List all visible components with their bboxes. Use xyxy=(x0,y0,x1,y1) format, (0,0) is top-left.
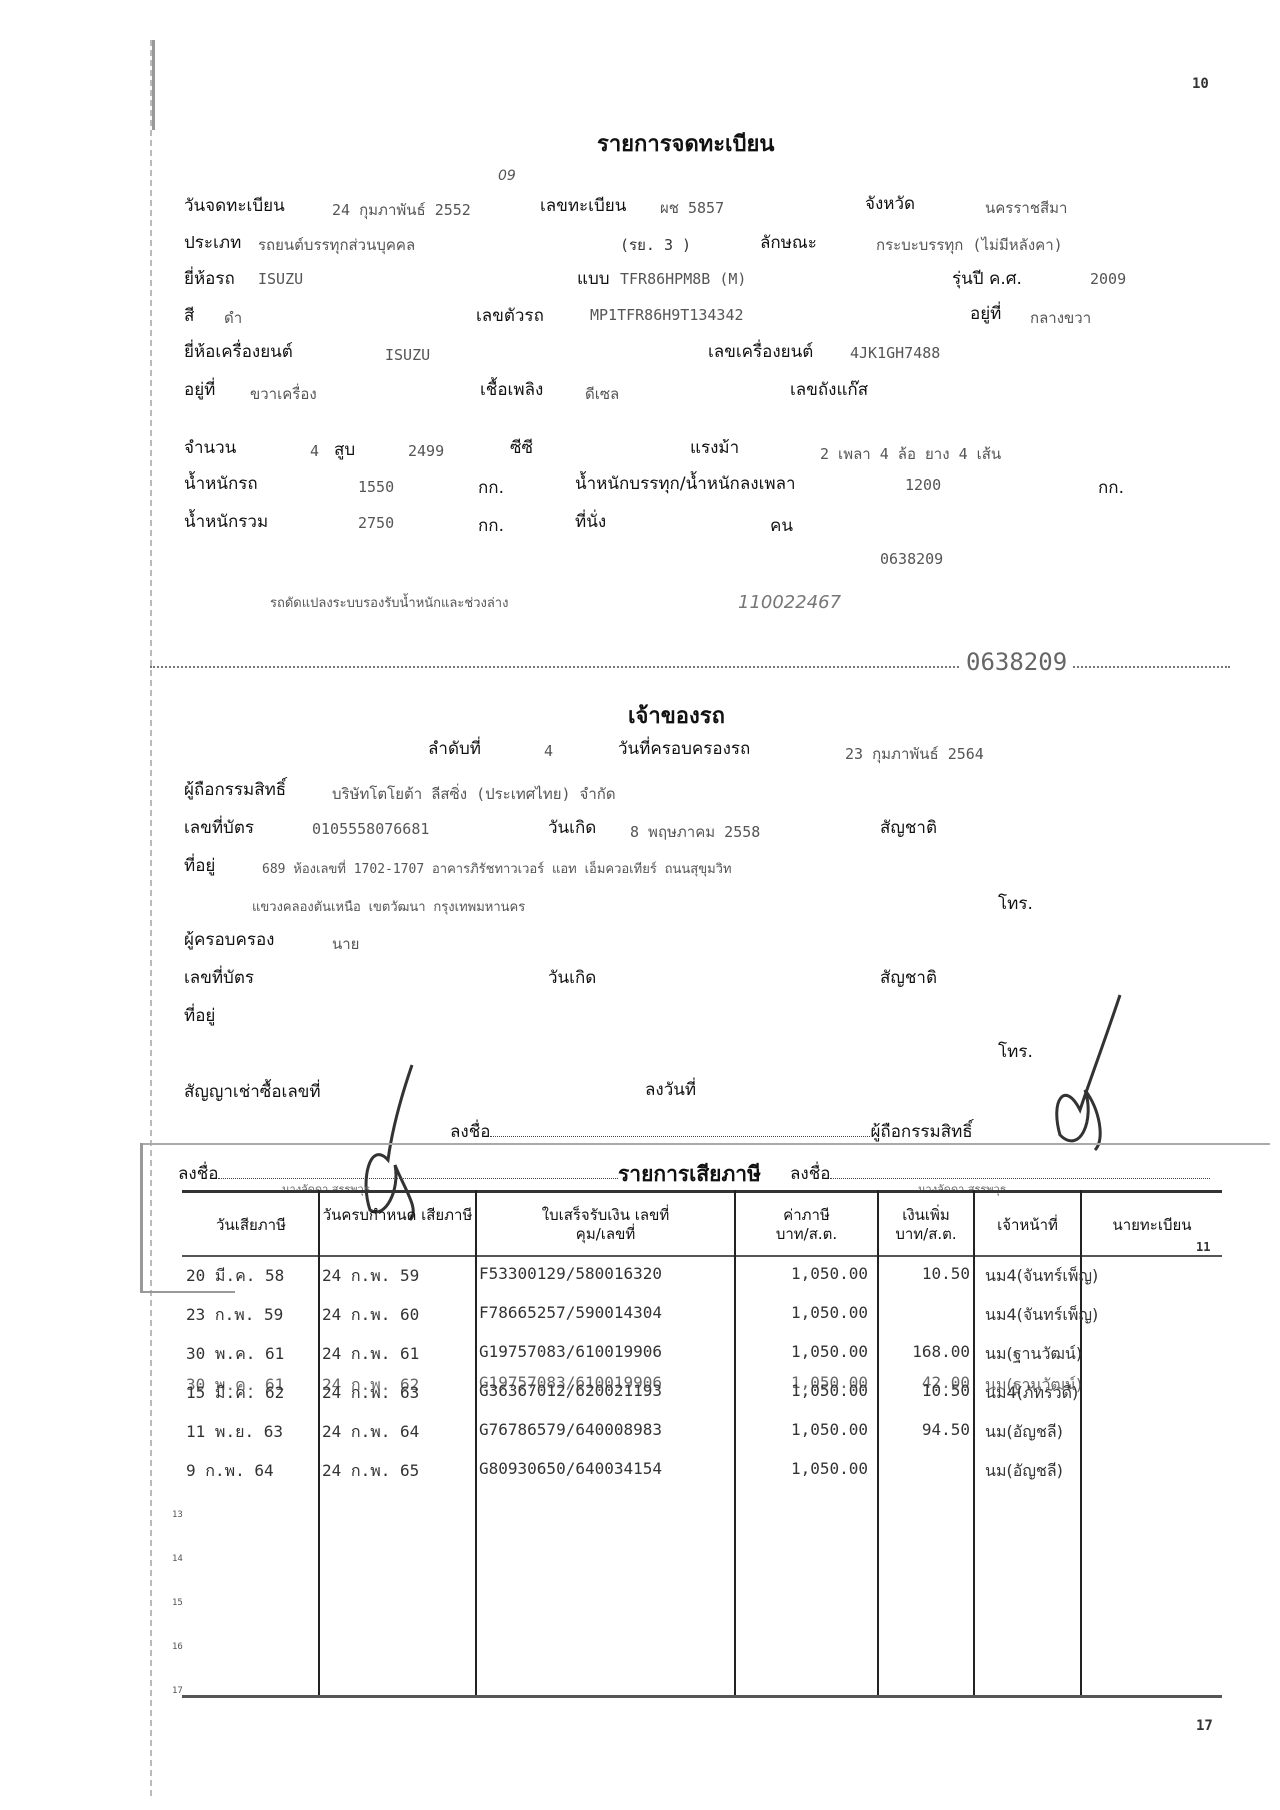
table-bottom-border xyxy=(182,1695,1222,1698)
page-number-top: 10 xyxy=(1192,76,1209,92)
owner-sign-role: ผู้ถือกรรมสิทธิ์ xyxy=(870,1122,972,1142)
holder-birth-label: วันเกิด xyxy=(548,814,596,841)
col-header-registrar: นายทะเบียน xyxy=(1082,1216,1222,1235)
tax-title: รายการเสียภาษี xyxy=(618,1158,761,1191)
table-row-surcharge: 168.00 xyxy=(880,1342,970,1361)
table-row-due: 24 ก.พ. 59 xyxy=(322,1264,472,1289)
possessor-name: นาย xyxy=(332,932,359,956)
possession-date-label: วันที่ครอบครองรถ xyxy=(618,735,750,762)
modification-number: 110022467 xyxy=(738,592,841,613)
owner-title: เจ้าของรถ xyxy=(628,698,725,733)
holder-id-label: เลขที่บัตร xyxy=(184,814,254,841)
chassis-number: MP1TFR86H9T134342 xyxy=(590,306,744,324)
table-header-border xyxy=(182,1255,1222,1257)
page-mark-11: 11 xyxy=(1196,1240,1210,1254)
table-row-officer: นม4(จันทร์เพ็ญ) xyxy=(985,1303,1185,1328)
sequence: 4 xyxy=(544,742,553,760)
table-row-officer: นม(อัญชลี) xyxy=(985,1459,1185,1484)
seats-label: ที่นั่ง xyxy=(575,508,606,535)
table-row-due: 24 ก.พ. 65 xyxy=(322,1459,472,1484)
holder-address-label: ที่อยู่ xyxy=(184,852,215,879)
cc-label: ซีซี xyxy=(510,434,533,461)
table-row-due: 24 ก.พ. 64 xyxy=(322,1420,472,1445)
col-header-paid-date: วันเสียภาษี xyxy=(184,1216,318,1235)
possessor-id-label: เลขที่บัตร xyxy=(184,964,254,991)
col-header-receipt: ใบเสร็จรับเงิน เลขที่คุม/เลขที่ xyxy=(477,1206,734,1244)
table-row-paid: 11 พ.ย. 63 xyxy=(186,1420,314,1445)
load-weight: 1200 xyxy=(905,476,941,494)
tax-signer-left: นางลัดดา สรรพวุธ xyxy=(282,1180,370,1198)
overlay-edge-left xyxy=(140,1143,143,1293)
holder-phone-label: โทร. xyxy=(998,890,1033,917)
col-header-officer: เจ้าหน้าที่ xyxy=(975,1216,1080,1235)
gross-unit: กก. xyxy=(478,512,504,539)
table-row-receipt: F53300129/580016320 xyxy=(479,1264,729,1283)
holder-name: บริษัทโตโยต้า ลีสซิ่ง (ประเทศไทย) จำกัด xyxy=(332,782,616,806)
axles: 2 เพลา 4 ล้อ ยาง 4 เส้น xyxy=(820,442,1001,466)
engine-location-label: อยู่ที่ xyxy=(184,376,215,403)
gas-tank-label: เลขถังแก๊ส xyxy=(790,376,868,403)
row-number: 14 xyxy=(172,1554,183,1564)
table-row-surcharge: 94.50 xyxy=(880,1420,970,1439)
tax-sign-left-label: ลงชื่อ xyxy=(178,1164,218,1184)
possessor-nationality-label: สัญชาติ xyxy=(880,964,937,991)
seats-unit: คน xyxy=(770,512,793,539)
serial-number: 0638209 xyxy=(880,550,943,568)
fuel-label: เชื้อเพลิง xyxy=(480,376,543,403)
overlay-edge-bottom xyxy=(140,1291,235,1293)
possession-date: 23 กุมภาพันธ์ 2564 xyxy=(845,742,984,766)
contract-date-label: ลงวันที่ xyxy=(645,1076,696,1103)
possessor-birth-label: วันเกิด xyxy=(548,964,596,991)
tax-sign-right-label: ลงชื่อ xyxy=(790,1164,830,1184)
color: ดำ xyxy=(224,306,242,330)
holder-id: 0105558076681 xyxy=(312,820,429,838)
tax-signer-right: นางลัดดา สรรพวุธ xyxy=(918,1180,1006,1198)
table-row-receipt: F78665257/590014304 xyxy=(479,1303,729,1322)
engine-number: 4JK1GH7488 xyxy=(850,344,940,362)
plate-number: ผช 5857 xyxy=(660,196,724,220)
color-label: สี xyxy=(184,302,194,329)
holder-nationality-label: สัญชาติ xyxy=(880,814,937,841)
province-label: จังหวัด xyxy=(865,190,915,217)
handwritten-note: 09 xyxy=(498,168,516,184)
vehicle-weight: 1550 xyxy=(358,478,394,496)
table-row-tax: 1,050.00 xyxy=(738,1264,868,1283)
table-top-border xyxy=(182,1190,1222,1193)
table-row-tax: 1,050.00 xyxy=(738,1342,868,1361)
col-divider xyxy=(877,1190,879,1695)
table-row-overprint-officer: นม(ฐานวัฒน์) xyxy=(985,1373,1185,1398)
table-row-overprint-due: 24 ก.พ. 62 xyxy=(322,1373,472,1398)
table-row-receipt: G19757083/610019906 xyxy=(479,1342,729,1361)
table-row-tax: 1,050.00 xyxy=(738,1459,868,1478)
engine-cc: 2499 xyxy=(408,442,444,460)
tax-sign-left: ลงชื่อ xyxy=(178,1160,618,1187)
horsepower-label: แรงม้า xyxy=(690,434,739,461)
brand-label: ยี่ห้อรถ xyxy=(184,265,235,292)
model-year-label: รุ่นปี ค.ศ. xyxy=(952,265,1022,292)
gross-weight: 2750 xyxy=(358,514,394,532)
holder-address-line2: แขวงคลองตันเหนือ เขตวัฒนา กรุงเทพมหานคร xyxy=(252,896,525,917)
holder-birth: 8 พฤษภาคม 2558 xyxy=(630,820,760,844)
row-number: 15 xyxy=(172,1598,183,1608)
fuel: ดีเซล xyxy=(585,382,619,406)
model: TFR86HPM8B (M) xyxy=(620,270,746,288)
weight-label: น้ำหนักรถ xyxy=(184,470,258,497)
table-row-paid: 20 มี.ค. 58 xyxy=(186,1264,314,1289)
table-row-surcharge: 10.50 xyxy=(880,1264,970,1283)
table-row-paid: 23 ก.พ. 59 xyxy=(186,1303,314,1328)
plate-label: เลขทะเบียน xyxy=(540,192,626,219)
table-row-receipt: G80930650/640034154 xyxy=(479,1459,729,1478)
vehicle-type: รถยนต์บรรทุกส่วนบุคคล xyxy=(258,233,415,257)
table-row-tax: 1,050.00 xyxy=(738,1303,868,1322)
registration-date: 24 กุมภาพันธ์ 2552 xyxy=(332,198,471,222)
col-header-due-date: วันครบกำหนด เสียภาษี xyxy=(320,1206,475,1225)
engine-location: ขวาเครื่อง xyxy=(250,382,317,406)
table-row-due: 24 ก.พ. 60 xyxy=(322,1303,472,1328)
cylinders: 4 xyxy=(310,442,319,460)
table-row-overprint-tax: 1,050.00 xyxy=(738,1373,868,1392)
col-header-surcharge: เงินเพิ่ม บาท/ส.ต. xyxy=(879,1206,973,1244)
count-label: จำนวน xyxy=(184,434,236,461)
brand: ISUZU xyxy=(258,270,303,288)
binding-edge xyxy=(150,40,152,1800)
vehicle-type-code: (รย. 3 ) xyxy=(620,233,691,257)
signature-left-icon xyxy=(340,1060,460,1230)
table-row-due: 24 ก.พ. 61 xyxy=(322,1342,472,1367)
table-row-tax: 1,050.00 xyxy=(738,1420,868,1439)
sequence-label: ลำดับที่ xyxy=(428,735,481,762)
model-label: แบบ xyxy=(577,265,610,292)
row-number: 13 xyxy=(172,1510,183,1520)
registration-title: รายการจดทะเบียน xyxy=(597,126,774,161)
table-row-officer: นม4(จันทร์เพ็ญ) xyxy=(985,1264,1185,1289)
chassis-label: เลขตัวรถ xyxy=(476,302,544,329)
col-header-tax: ค่าภาษี บาท/ส.ต. xyxy=(736,1206,877,1244)
col-divider xyxy=(318,1190,320,1695)
overlay-edge xyxy=(140,1143,1270,1145)
style-label: ลักษณะ xyxy=(760,229,817,256)
table-row-officer: นม(ฐานวัฒน์) xyxy=(985,1342,1185,1367)
holder-label: ผู้ถือกรรมสิทธิ์ xyxy=(184,776,286,803)
contract-label: สัญญาเช่าซื้อเลขที่ xyxy=(184,1078,321,1105)
province: นครราชสีมา xyxy=(985,196,1067,220)
load-label: น้ำหนักบรรทุก/น้ำหนักลงเพลา xyxy=(575,470,796,497)
table-row-overprint-paid: 30 พ.ค. 61 xyxy=(186,1373,314,1398)
weight-unit: กก. xyxy=(478,474,504,501)
col-divider xyxy=(475,1190,477,1695)
page-number-bottom: 17 xyxy=(1196,1718,1213,1734)
table-row-overprint-receipt: G19757083/610019906 xyxy=(479,1373,729,1392)
binding-mark xyxy=(152,40,155,130)
owner-sign-label: ลงชื่อผู้ถือกรรมสิทธิ์ xyxy=(450,1118,973,1145)
holder-address-line1: 689 ห้องเลขที่ 1702-1707 อาคารภิรัชทาวเว… xyxy=(262,858,732,879)
table-row-officer: นม(อัญชลี) xyxy=(985,1420,1185,1445)
possessor-label: ผู้ครอบครอง xyxy=(184,926,274,953)
row-number: 16 xyxy=(172,1642,183,1652)
registration-date-label: วันจดทะเบียน xyxy=(184,192,285,219)
modification-note: รถดัดแปลงระบบรองรับน้ำหนักและช่วงล่าง xyxy=(270,592,508,613)
col-divider xyxy=(734,1190,736,1695)
table-row-paid: 9 ก.พ. 64 xyxy=(186,1459,314,1484)
engine-brand: ISUZU xyxy=(385,346,430,364)
cylinder-label: สูบ xyxy=(334,436,355,463)
gross-weight-label: น้ำหนักรวม xyxy=(184,508,268,535)
load-unit: กก. xyxy=(1098,474,1124,501)
table-row-paid: 30 พ.ค. 61 xyxy=(186,1342,314,1367)
tear-serial: 0638209 xyxy=(960,648,1073,676)
model-year: 2009 xyxy=(1090,270,1126,288)
vehicle-style: กระบะบรรทุก (ไม่มีหลังคา) xyxy=(876,233,1063,257)
table-row-overprint-surcharge: 42.00 xyxy=(880,1373,970,1392)
possessor-address-label: ที่อยู่ xyxy=(184,1002,215,1029)
engine-number-label: เลขเครื่องยนต์ xyxy=(708,338,813,365)
engine-brand-label: ยี่ห้อเครื่องยนต์ xyxy=(184,338,293,365)
signature-right-icon xyxy=(1010,990,1130,1160)
type-label: ประเภท xyxy=(184,229,241,256)
row-number: 17 xyxy=(172,1686,183,1696)
chassis-location-label: อยู่ที่ xyxy=(970,300,1001,327)
col-divider xyxy=(973,1190,975,1695)
table-row-receipt: G76786579/640008983 xyxy=(479,1420,729,1439)
chassis-location: กลางขวา xyxy=(1030,306,1091,330)
